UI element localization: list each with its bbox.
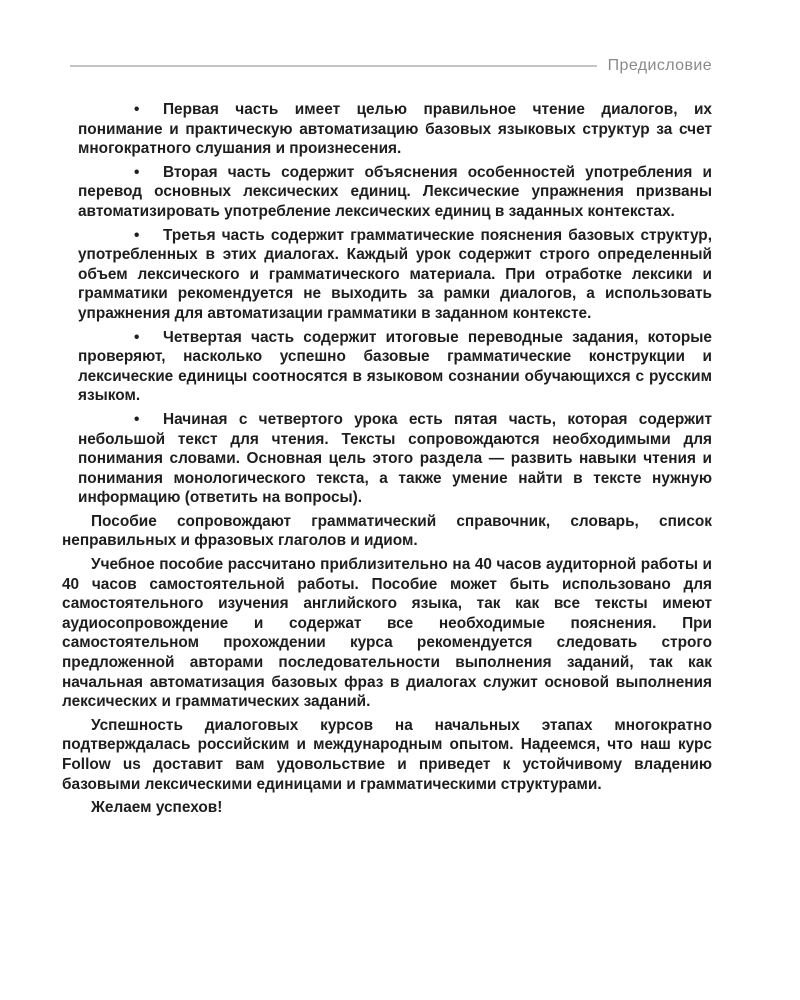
preface-body: •Первая часть имеет целью правильное чте… [62,100,712,818]
header-rule [70,65,597,67]
bullet-item: •Вторая часть содержит объяснения особен… [78,163,712,222]
bullet-text: Четвертая часть содержит итоговые перево… [78,329,712,405]
page-title: Предисловие [608,57,712,75]
closing-line: Желаем успехов! [62,798,712,818]
bullet-text: Вторая часть содержит объяснения особенн… [78,164,712,220]
bullet-marker: • [134,410,163,430]
bullet-marker: • [134,163,163,183]
bullet-item: •Начиная с четвертого урока есть пятая ч… [78,410,712,508]
bullet-item: •Четвертая часть содержит итоговые перев… [78,328,712,406]
paragraph: Пособие сопровождают грамматический спра… [62,512,712,551]
paragraph: Учебное пособие рассчитано приблизительн… [62,555,712,712]
bullet-item: •Третья часть содержит грамматические по… [78,226,712,324]
paragraph: Успешность диалоговых курсов на начальны… [62,716,712,794]
bullet-marker: • [134,226,163,246]
bullet-item: •Первая часть имеет целью правильное чте… [78,100,712,159]
bullet-marker: • [134,100,163,120]
bullet-text: Начиная с четвертого урока есть пятая ча… [78,411,712,506]
bullet-text: Третья часть содержит грамматические поя… [78,227,712,322]
bullet-text: Первая часть имеет целью правильное чтен… [78,101,712,157]
bullet-marker: • [134,328,163,348]
running-header: Предисловие [70,57,712,75]
book-page: Предисловие •Первая часть имеет целью пр… [0,0,800,1000]
